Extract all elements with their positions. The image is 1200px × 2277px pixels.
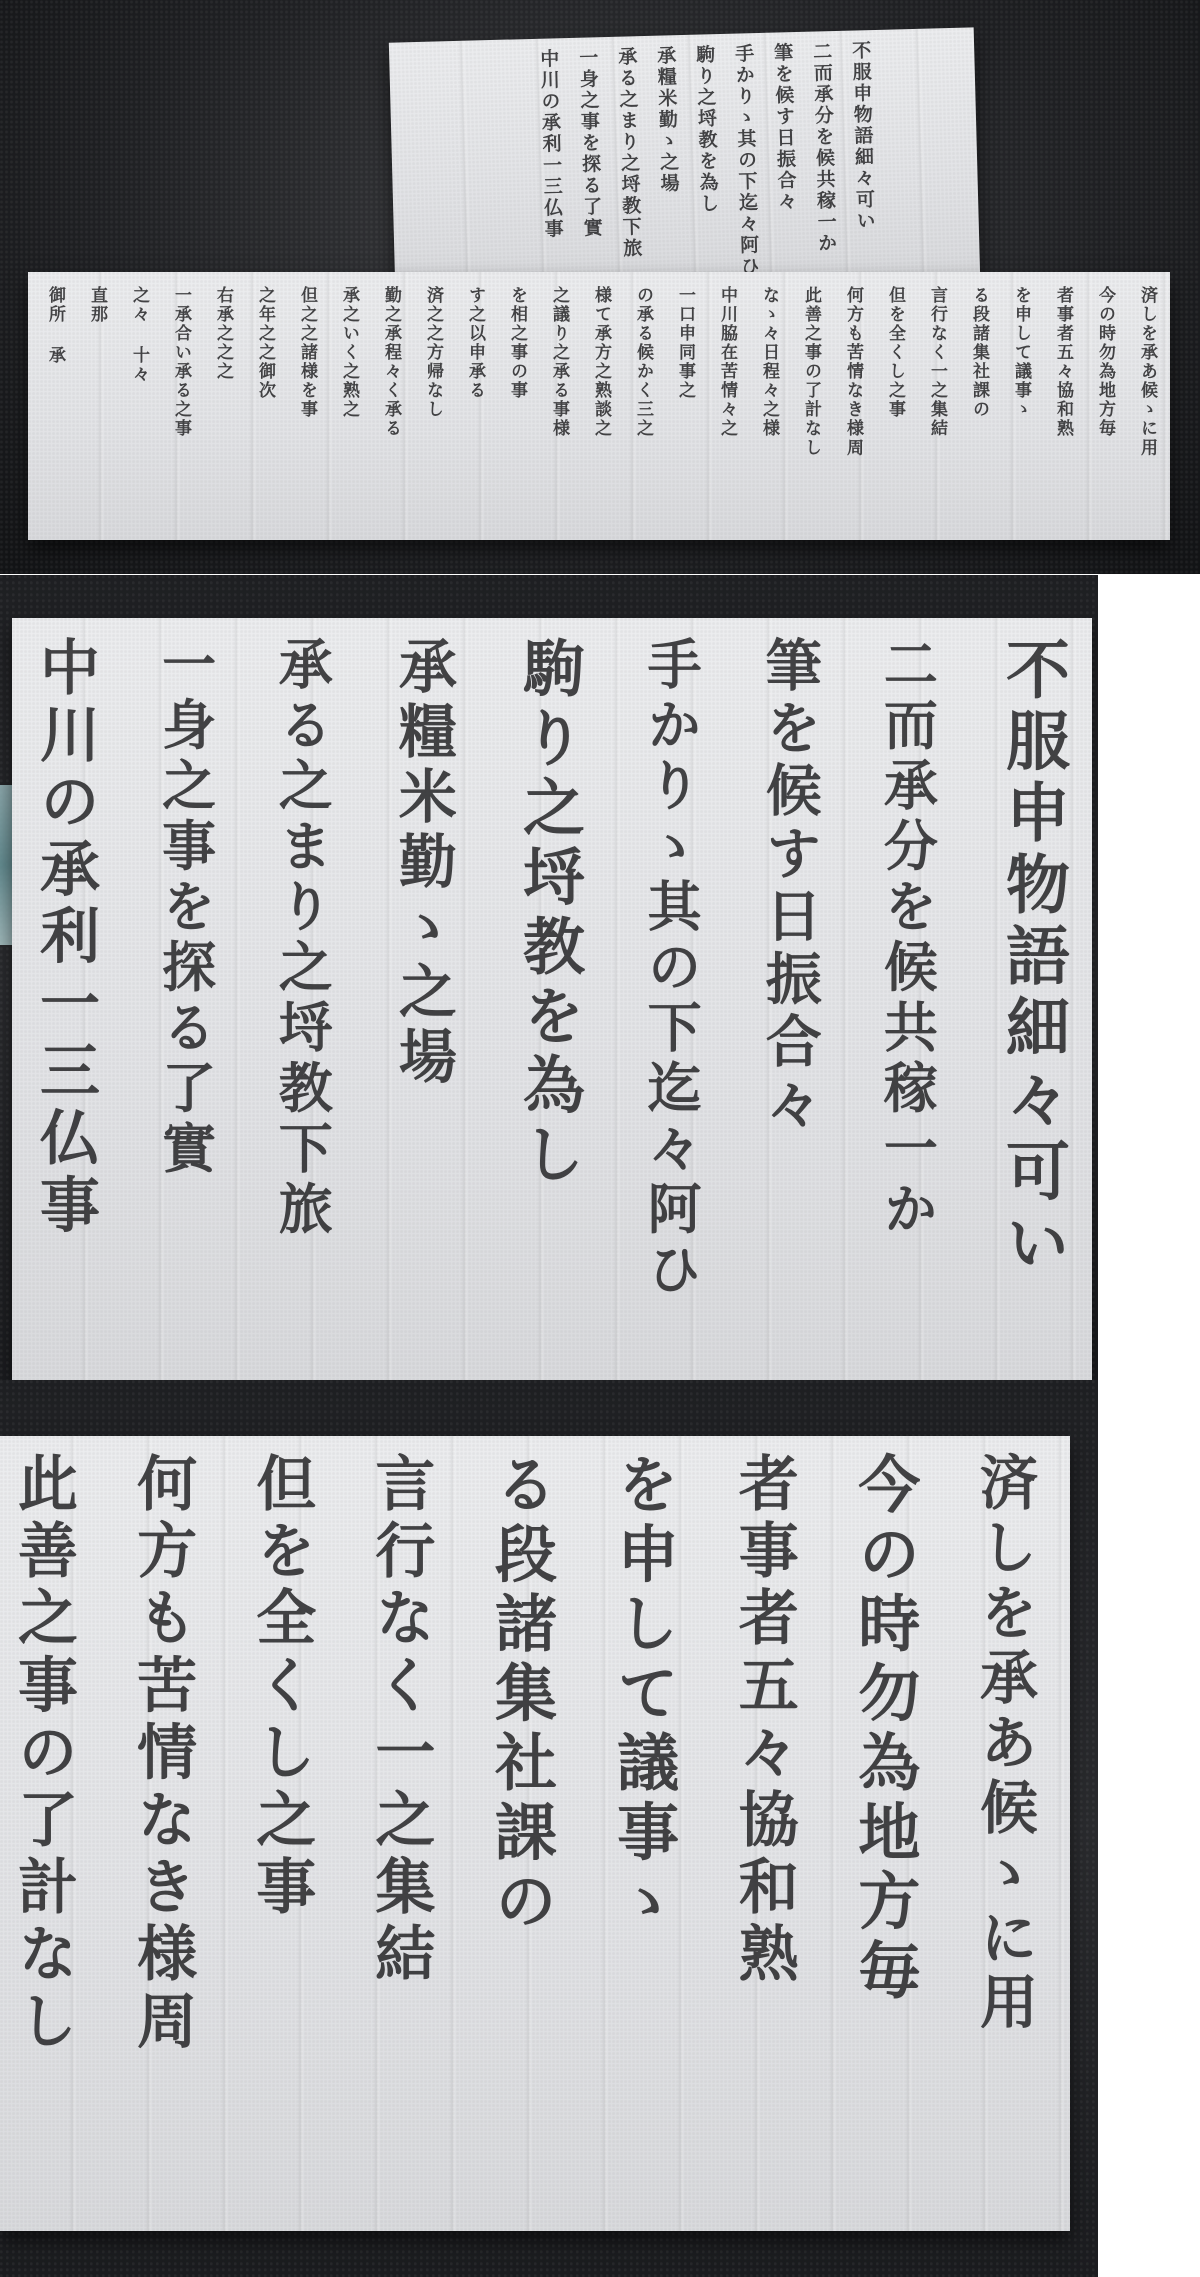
calligraphy-column: 但之之諸様を事 <box>295 286 320 530</box>
calligraphy-column: 之議り之承る事様 <box>547 286 572 530</box>
calligraphy-column: 此善之事の了計なし <box>799 286 824 530</box>
lower-scroll-section: 済しを承あ候ゝに用 今の時勿為地方毎 者事者五々協和熟 を申して議事ゝ る段諸集… <box>28 272 1170 540</box>
calligraphy-column: 言行なく一之集結 <box>925 286 950 530</box>
calligraphy-column: 者事者五々協和熟 <box>721 1452 807 2221</box>
calligraphy-column: 言行なく一之集結 <box>357 1452 443 2221</box>
calligraphy-column: 駒り之埒教を為し <box>505 636 594 1370</box>
calligraphy-column: る段諸集社課の <box>967 286 992 530</box>
upper-scroll-section: 不服申物語細々可い 二而承分を候共稼一か 筆を候す日振合々 手かりゝ其の下迄々阿… <box>389 27 980 292</box>
calligraphy-column: 御所 承 <box>43 286 68 530</box>
calligraphy-column: を申して議事ゝ <box>599 1452 688 2221</box>
detail-photo-opening: 不服申物語細々可い 二而承分を候共稼一か 筆を候す日振合々 手かりゝ其の下迄々阿… <box>0 575 1098 1380</box>
calligraphy-column: 中川の承利一三仏事 <box>535 48 568 279</box>
middle-section-paper: 済しを承あ候ゝに用 今の時勿為地方毎 者事者五々協和熟 を申して議事ゝ る段諸集… <box>0 1436 1070 2231</box>
calligraphy-column: 手かりゝ其の下迄々阿ひ <box>633 636 710 1370</box>
calligraphy-column: 一承合い承る之事 <box>169 286 194 530</box>
calligraphy-column: 承之いく之熟之 <box>337 286 362 530</box>
calligraphy-column: 一身之事を探る了實 <box>574 47 607 278</box>
calligraphy-column: 不服申物語細々可い <box>847 40 880 271</box>
opening-section-paper: 不服申物語細々可い 二而承分を候共稼一か 筆を候す日振合々 手かりゝ其の下迄々阿… <box>12 618 1092 1380</box>
calligraphy-column: 今の時勿為地方毎 <box>1093 286 1118 530</box>
calligraphy-column: す之以申承る <box>463 286 488 530</box>
calligraphy-column: を相之事の事 <box>505 286 530 530</box>
calligraphy-column: 今の時勿為地方毎 <box>840 1452 929 2221</box>
calligraphy-column: 此善之事の了計なし <box>0 1452 86 2221</box>
calligraphy-column: 承る之まり之埒教下旅 <box>613 46 646 277</box>
calligraphy-column: 但を全くし之事 <box>883 286 908 530</box>
calligraphy-column: 勤之承程々く承る <box>379 286 404 530</box>
calligraphy-column: 二而承分を候共稼一か <box>808 41 841 272</box>
calligraphy-column: 二而承分を候共稼一か <box>869 636 946 1370</box>
calligraphy-column: 之々 十々 <box>127 286 152 530</box>
calligraphy-column: 筆を候す日振合々 <box>769 42 802 273</box>
calligraphy-column: 済しを承あ候ゝに用 <box>962 1452 1046 2221</box>
calligraphy-column: 中川の承利一三仏事 <box>22 636 108 1370</box>
calligraphy-column: 右承之之之 <box>211 286 236 530</box>
calligraphy-column: 不服申物語細々可い <box>986 636 1078 1370</box>
calligraphy-column: 但を全くし之事 <box>238 1452 324 2221</box>
calligraphy-column: 承る之まり之埒教下旅 <box>264 636 341 1370</box>
calligraphy-column: なゝ々日程々之様 <box>757 286 782 530</box>
calligraphy-column: の承る候かく三之 <box>631 286 656 530</box>
calligraphy-column: 承糧米勤ゝ之場 <box>652 45 685 276</box>
calligraphy-column: 承糧米勤ゝ之場 <box>381 636 465 1370</box>
calligraphy-column: を申して議事ゝ <box>1009 286 1034 530</box>
calligraphy-column: 何方も苦情なき様周 <box>119 1452 205 2221</box>
calligraphy-column: 一口申同事之 <box>673 286 698 530</box>
calligraphy-column: 様て承方之熟談之 <box>589 286 614 530</box>
calligraphy-column: 之年之之御次 <box>253 286 278 530</box>
calligraphy-column: 済しを承あ候ゝに用 <box>1135 286 1160 530</box>
calligraphy-column: 駒り之埒教を為し <box>691 44 724 275</box>
calligraphy-column: 手かりゝ其の下迄々阿ひ <box>730 43 763 274</box>
calligraphy-column: 済之之方帰なし <box>421 286 446 530</box>
calligraphy-column: 一身之事を探る了實 <box>148 636 225 1370</box>
calligraphy-column: 中川脇在苦情々之 <box>715 286 740 530</box>
detail-photo-middle: 済しを承あ候ゝに用 今の時勿為地方毎 者事者五々協和熟 を申して議事ゝ る段諸集… <box>0 1380 1098 2277</box>
overview-photo: 不服申物語細々可い 二而承分を候共稼一か 筆を候す日振合々 手かりゝ其の下迄々阿… <box>0 0 1200 574</box>
calligraphy-column: 者事者五々協和熟 <box>1051 286 1076 530</box>
calligraphy-column: 直那 <box>85 286 110 530</box>
calligraphy-column: 何方も苦情なき様周 <box>841 286 866 530</box>
calligraphy-column: 筆を候す日振合々 <box>750 636 830 1370</box>
calligraphy-column: る段諸集社課の <box>477 1452 566 2221</box>
